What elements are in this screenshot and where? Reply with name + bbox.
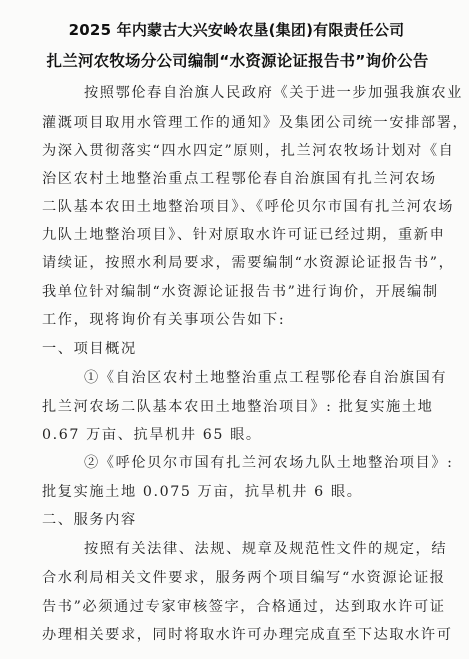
document-title-line1: 2025 年内蒙古大兴安岭农垦(集团)有限责任公司 [2, 19, 469, 40]
document-page: 2025 年内蒙古大兴安岭农垦(集团)有限责任公司 扎兰河农牧场分公司编制“水资… [0, 0, 469, 659]
paragraph-line: 二队基本农田土地整治项目》、《呼伦贝尔市国有扎兰河农场 [42, 196, 454, 216]
section-heading-project-overview: 一、项目概况 [42, 338, 137, 358]
paragraph-line: 按照有关法律、法规、规章及规范性文件的规定，结 [84, 538, 447, 558]
paragraph-line: 合水利局相关文件要求，服务两个项目编写“水资源论证报 [42, 567, 446, 587]
project-item-1: ①《自治区农村土地整治重点工程鄂伦春自治旗国有 [84, 367, 447, 387]
paragraph-line: 办理相关要求，同时将取水许可办理完成直至下达取水许可 [42, 624, 452, 644]
paragraph-line: 工作，现将询价有关事项公告如下: [42, 309, 285, 329]
paragraph-line: 0.67 万亩、抗旱机井 65 眼。 [42, 424, 262, 444]
paragraph-line: 请续证，按照水利局要求，需要编制“水资源论证报告书”， [42, 252, 454, 272]
paragraph-line: 灌溉项目取用水管理工作的通知》及集团公司统一安排部署， [42, 112, 468, 132]
paragraph-line: 按照鄂伦春自治旗人民政府《关于进一步加强我旗农业 [84, 82, 463, 102]
paragraph-line: 告书”必须通过专家审核签字，合格通过，达到取水许可证 [42, 596, 446, 616]
paragraph-line: 九队土地整治项目》、针对原取水许可证已经过期，重新申 [42, 224, 445, 244]
document-title-line2: 扎兰河农牧场分公司编制“水资源论证报告书”询价公告 [3, 49, 469, 71]
paragraph-line: 扎兰河农场二队基本农田土地整治项目》: 批复实施土地 [42, 396, 433, 416]
paragraph-line: 治区农村土地整治重点工程鄂伦春自治旗国有扎兰河农场 [42, 168, 437, 188]
section-heading-service-content: 二、服务内容 [42, 509, 137, 529]
paragraph-line: 批复实施土地 0.075 万亩，抗旱机井 6 眼。 [42, 481, 363, 501]
paragraph-line: 为深入贯彻落实“四水四定”原则，扎兰河农牧场计划对《自 [42, 140, 454, 160]
project-item-2: ②《呼伦贝尔市国有扎兰河农场九队土地整治项目》: [84, 452, 454, 472]
paragraph-line: 我单位针对编制“水资源论证报告书”进行询价，开展编制 [42, 281, 439, 301]
